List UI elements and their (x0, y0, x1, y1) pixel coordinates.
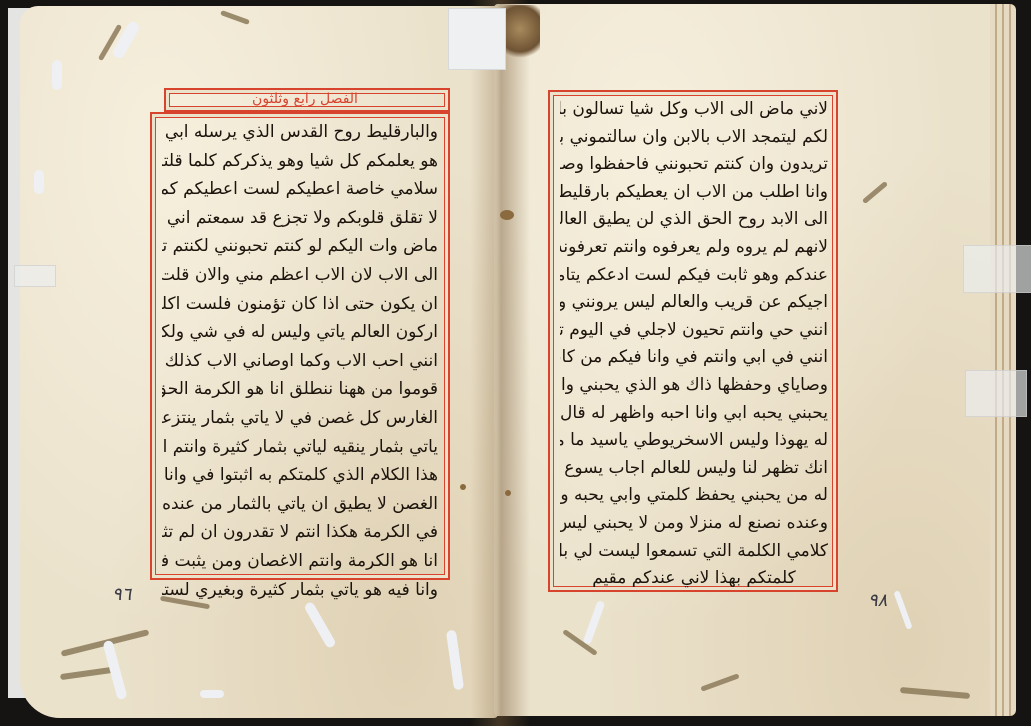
text-line: انني حي وانتم تحيون لاجلي في اليوم تعلمو… (560, 317, 828, 345)
text-line: انني في ابي وانتم في وانا فيكم من كانت ع… (560, 344, 828, 372)
repair-tape (14, 265, 56, 287)
text-line: له من يحبني يحفظ كلمتي وابي يحبه والينا … (560, 482, 828, 510)
text-line: وعنده نصنع له منزلا ومن لا يحبني ليس يحف… (560, 510, 828, 538)
text-line: لكم ليتمجد الاب بالابن وان سالتموني باسم… (560, 124, 828, 152)
repair-tape (963, 245, 1031, 293)
repair-tape (448, 8, 506, 70)
text-line: سلامي خاصة اعطيكم لست اعطيكم كما يعطي ال… (162, 175, 438, 204)
text-line: انني احب الاب وكما اوصاني الاب كذلك افعل (162, 347, 438, 376)
text-line: الغصن لا يطيق ان ياتي بالثمار من عنده ان… (162, 490, 438, 519)
text-line: الغارس كل غصن في لا ياتي بثمار ينتزعه وا… (162, 404, 438, 433)
stain (500, 210, 514, 220)
text-line: ماض وات اليكم لو كنتم تحبونني لكنتم تفرح… (162, 232, 438, 261)
text-line: عندكم وهو ثابت فيكم لست ادعكم يتامى لاني… (560, 262, 828, 290)
text-line: ياتي بثمار ينقيه لياتي بثمار كثيرة وانتم… (162, 433, 438, 462)
text-line: الى الاب لان الاب اعظم مني والان قلت لكم… (162, 261, 438, 290)
stain (460, 484, 466, 490)
text-line: لاني ماض الى الاب وكل شيا تسالون باسمي ا… (560, 96, 828, 124)
text-line: تريدون وان كنتم تحبونني فاحفظوا وصاياي (560, 151, 828, 179)
text-line: قوموا من ههنا ننطلق انا هو الكرمة الحق و… (162, 375, 438, 404)
stain (505, 490, 511, 496)
text-line: ان يكون حتى اذا كان تؤمنون فلست اكلمكم ك… (162, 290, 438, 319)
worm-hole (34, 170, 44, 194)
text-line: يحبني يحبه ابي وانا احبه واظهر له قال (560, 400, 828, 428)
repair-tape (965, 370, 1027, 417)
text-line: هو يعلمكم كل شيا وهو يذكركم كلما قلته لك… (162, 147, 438, 176)
text-line: وصاياي وحفظها ذاك هو الذي يحبني والذي (560, 372, 828, 400)
right-page-text: لاني ماض الى الاب وكل شيا تسالون باسمي ا… (560, 96, 828, 593)
chapter-heading: الفصل رابع وثلثون (164, 88, 446, 110)
worm-hole (200, 690, 224, 698)
text-line: اجيكم عن قريب والعالم ليس يرونني وانتم ت… (560, 289, 828, 317)
text-line: اركون العالم ياتي وليس له في شي ولكن ليع… (162, 318, 438, 347)
page-edges (990, 4, 1016, 716)
folio-number-right: ٩٨ (868, 590, 887, 611)
text-line: انك تظهر لنا وليس للعالم اجاب يسوع وقال (560, 455, 828, 483)
folio-number-left: ٩٦ (112, 584, 131, 605)
text-line: كلامي الكلمة التي تسمعوا ليست لي بل للاب… (560, 538, 828, 566)
left-page-text: والبارقليط روح القدس الذي يرسله ابي باسم… (162, 118, 438, 604)
text-line: وانا فيه هو ياتي بثمار كثيرة وبغيري لستم… (162, 576, 438, 605)
text-line: كلمتكم بهذا لاني عندكم مقيم (560, 565, 828, 593)
text-line: هذا الكلام الذي كلمتكم به اثبتوا في وانا… (162, 461, 438, 490)
text-line: انا هو الكرمة وانتم الاغصان ومن يثبت في (162, 547, 438, 576)
worm-hole (52, 60, 62, 90)
binding-gutter (470, 0, 530, 726)
text-line: له يهوذا وليس الاسخريوطي ياسيد ما معنا ق… (560, 427, 828, 455)
text-line: لانهم لم يروه ولم يعرفوه وانتم تعرفونه ل… (560, 234, 828, 262)
text-line: الى الابد روح الحق الذي لن يطيق العالم ي… (560, 206, 828, 234)
text-line: والبارقليط روح القدس الذي يرسله ابي باسم… (162, 118, 438, 147)
text-line: لا تقلق قلوبكم ولا تجزع قد سمعتم اني قلت… (162, 204, 438, 233)
text-line: وانا اطلب من الاب ان يعطيكم بارقليطا اخر… (560, 179, 828, 207)
text-line: في الكرمة هكذا انتم لا تقدرون ان لم تثبت… (162, 518, 438, 547)
torn-binding (500, 5, 540, 65)
